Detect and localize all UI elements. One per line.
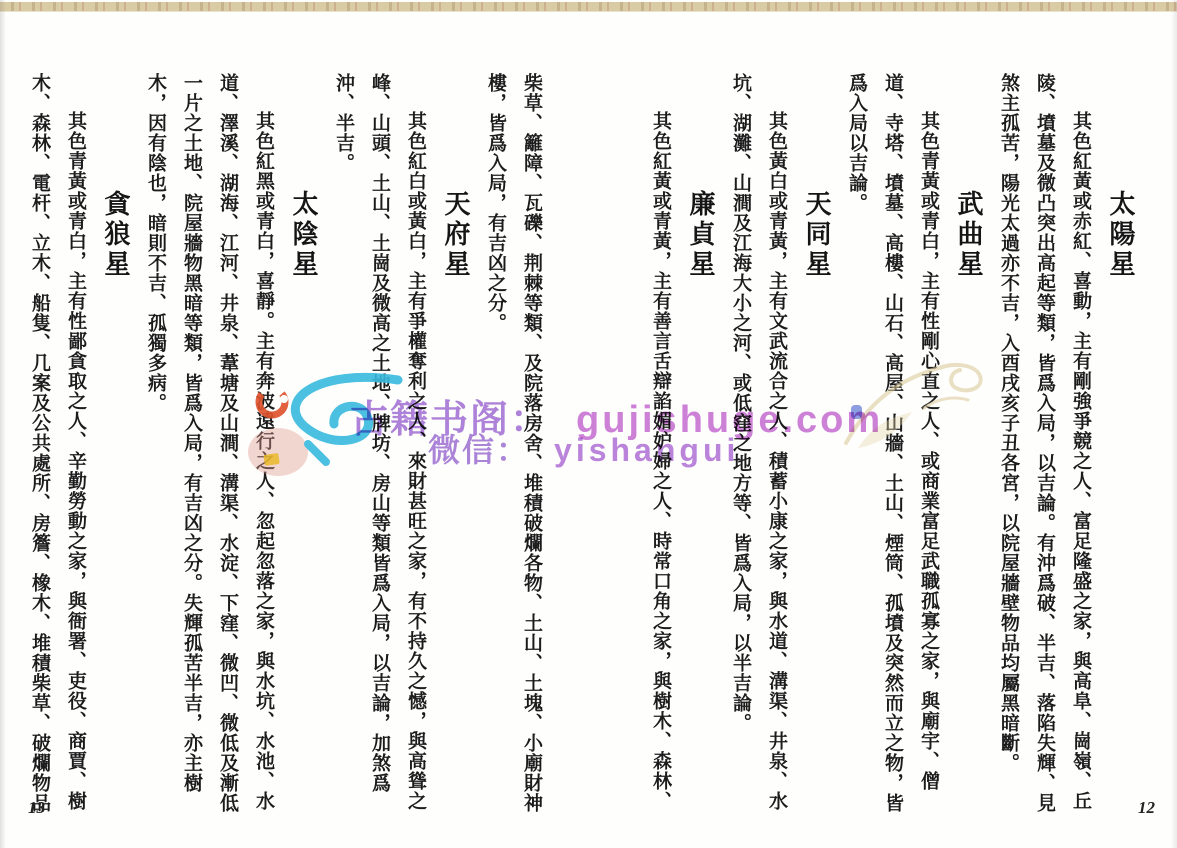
gold-stem [924, 398, 968, 408]
logo-eye [280, 395, 288, 403]
heading-tianfu-star: 天府星 [435, 73, 475, 817]
page-number-12: 12 [1138, 798, 1155, 818]
body-lianzhen-continuation: 柴草、籬障、瓦礫、荆棘等類、及院落房舍、堆積破爛各物、土山、土塊、小廟財神樓，皆… [477, 73, 549, 817]
logo-teal-swirl [295, 377, 398, 440]
logo-yellow-tag [263, 453, 279, 466]
logo-teal-tail [308, 444, 326, 462]
body-lianzhen-star: 其色紅黃或青黃，主有善言舌辯諂媚妒婦之人、時常口角之家，與樹木、森林、 [642, 73, 678, 817]
logo-pink-blob [248, 428, 308, 476]
heading-tanlang-star: 貪狼星 [95, 73, 135, 817]
scan-edge-shadow-left [0, 0, 6, 848]
blue-speck [851, 405, 862, 419]
gold-swirl [846, 365, 981, 443]
scan-edge-shadow-right [1171, 0, 1177, 848]
decorative-top-border [0, 2, 1177, 12]
body-taiyang-star: 其色紅黃或赤紅、喜動，主有剛強爭競之人、富足隆盛之家，與高阜、崗嶺、丘陵、墳墓及… [990, 73, 1098, 817]
scanned-book-spread: 太陽星 其色紅黃或赤紅、喜動，主有剛強爭競之人、富足隆盛之家，與高阜、崗嶺、丘陵… [0, 0, 1177, 848]
body-tiantong-star: 其色黃白或青黃，主有文武流合之人、積蓄小康之家，與水道、溝渠、井泉、水坑、湖灘、… [722, 73, 794, 817]
watermark-logo [248, 366, 408, 486]
heading-taiyang-star: 太陽星 [1100, 73, 1140, 817]
gold-leaf [858, 412, 912, 448]
page-number-13: 13 [28, 798, 45, 818]
heading-lianzhen-star: 廉貞星 [680, 73, 720, 817]
body-tanlang-star: 其色青黃或青白，主有性鄙貪取之人、辛勤勞動之家，與衙署、吏役、商賈、樹木、森林、… [21, 73, 93, 817]
